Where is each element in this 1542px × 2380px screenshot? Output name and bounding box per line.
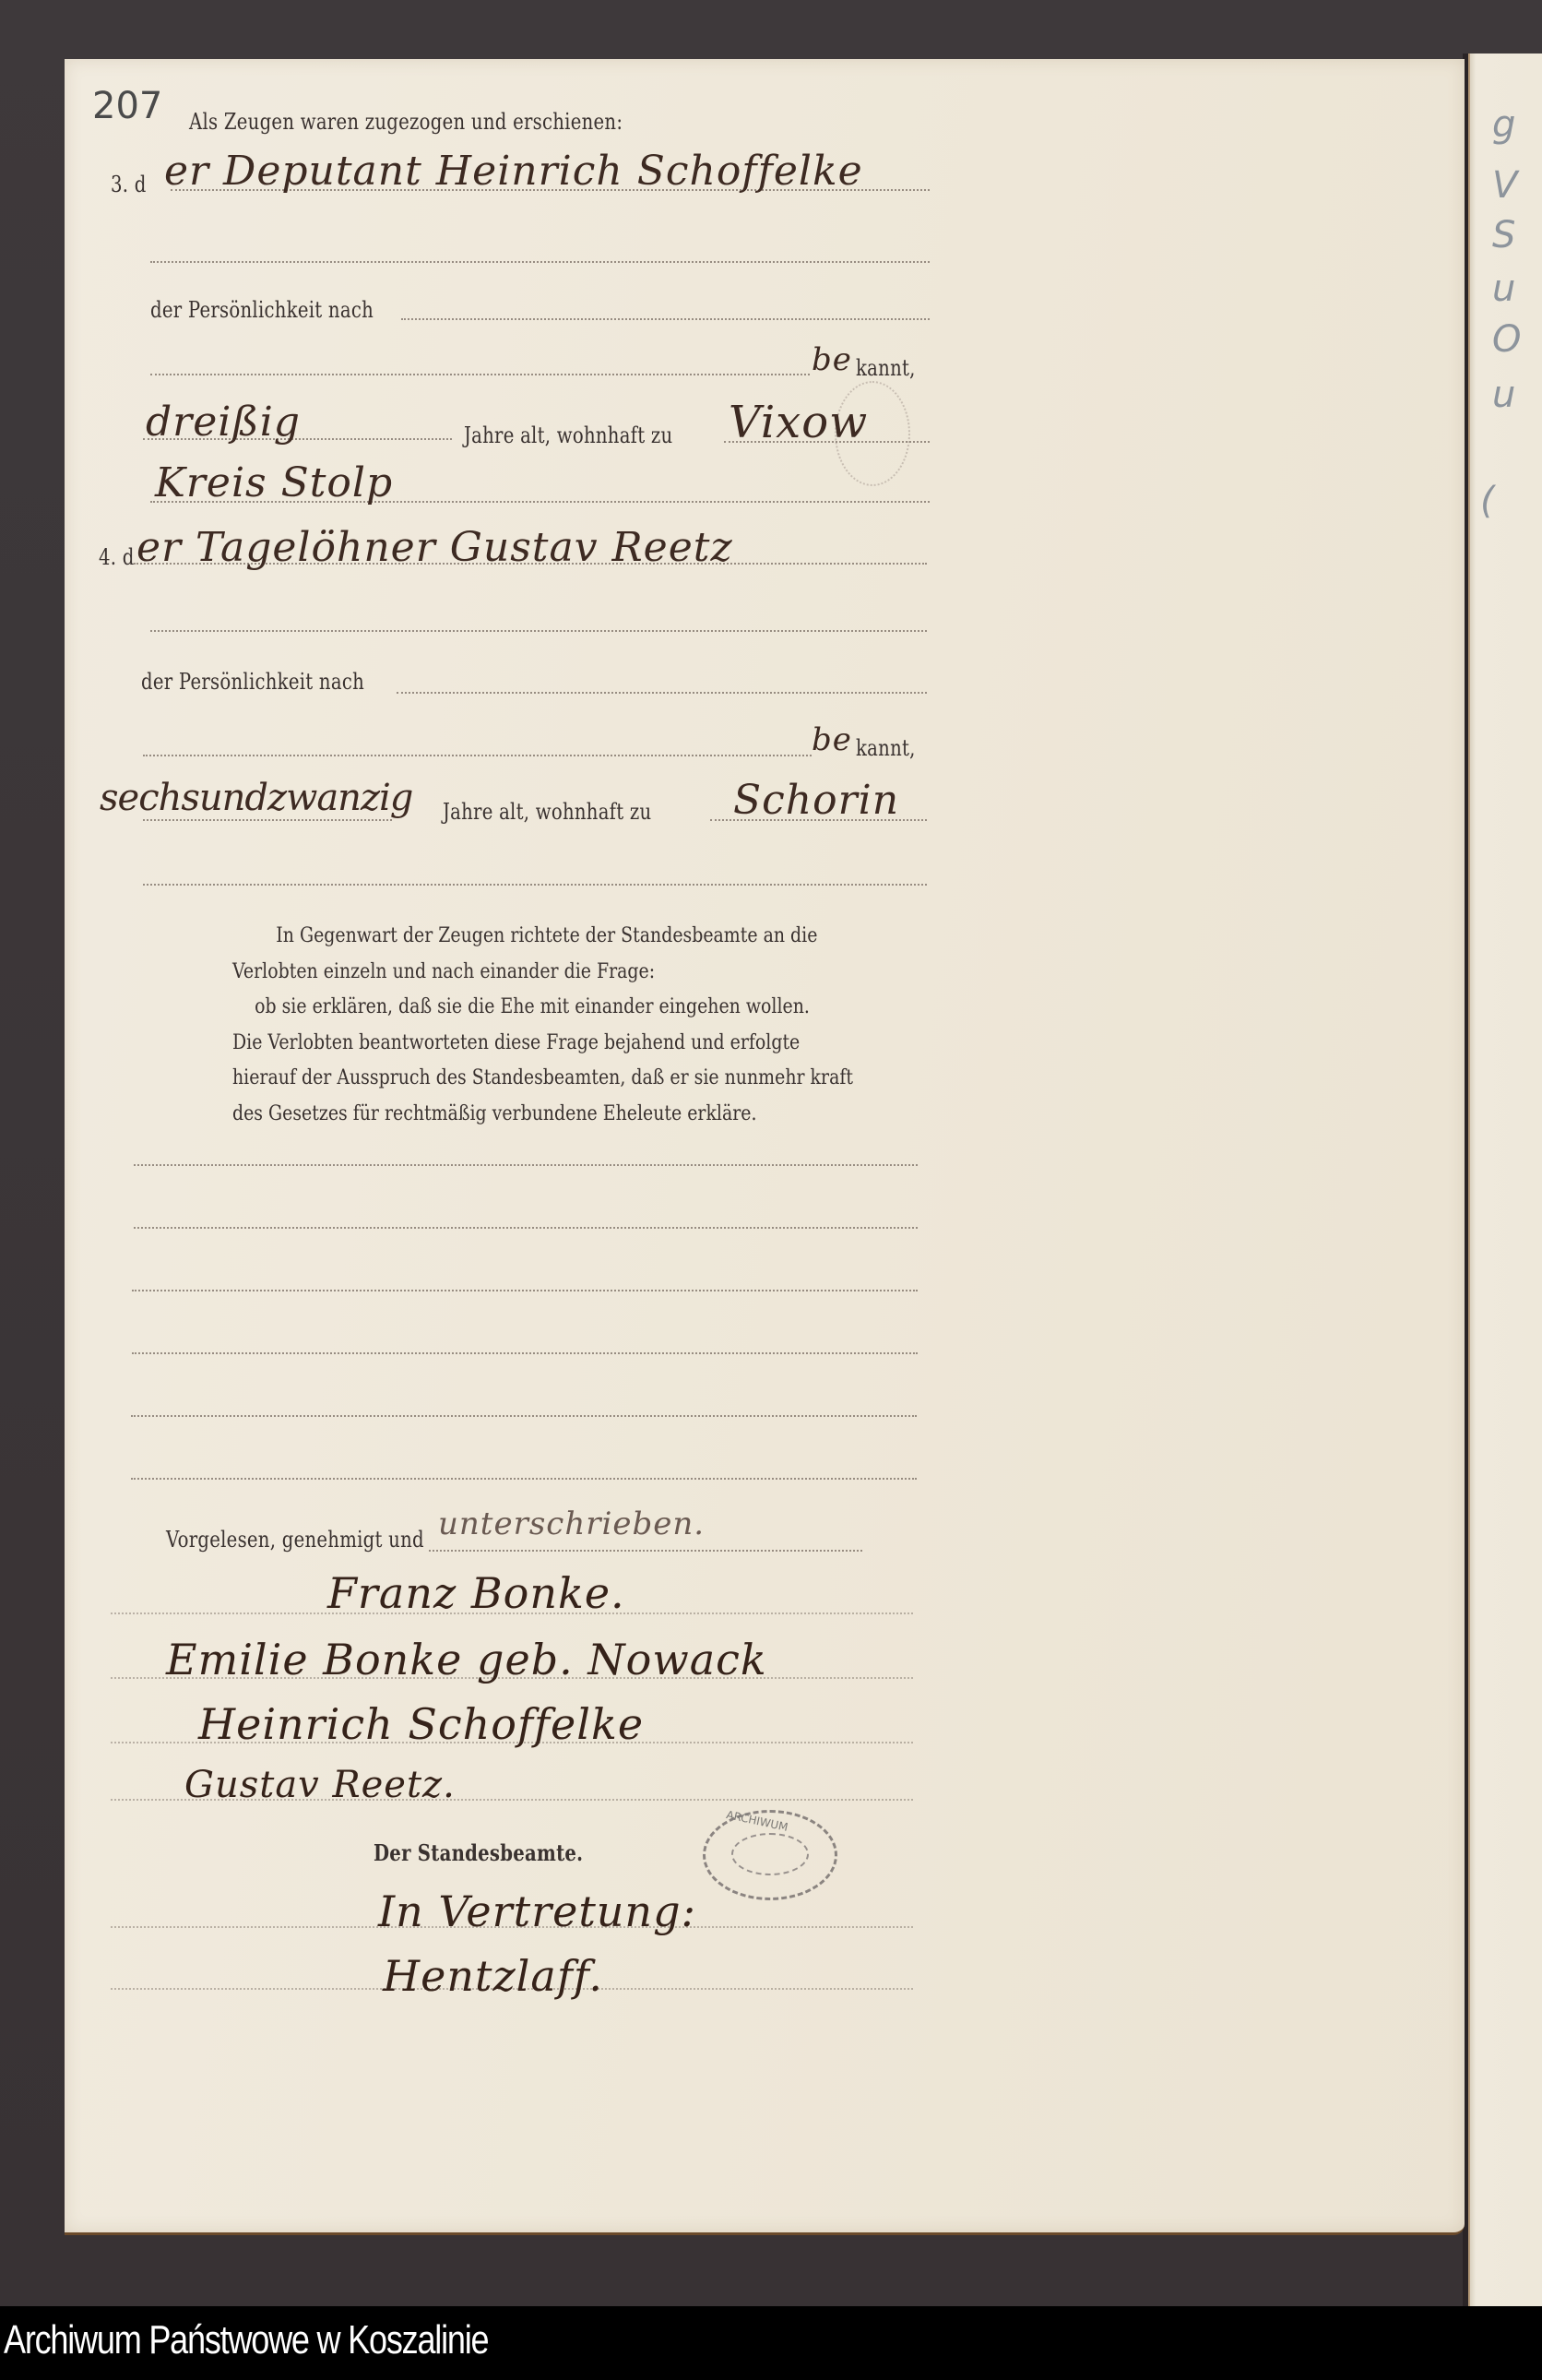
paragraph-line: Verlobten einzeln und nach einander die … <box>232 955 829 991</box>
witness-4-handwriting: er Tagelöhner Gustav Reetz <box>136 524 733 571</box>
closing-label: Vorgelesen, genehmigt und <box>166 1527 424 1553</box>
blank-line <box>150 630 927 632</box>
blank-line <box>131 1415 917 1417</box>
witness-4-known-print: kannt, <box>856 735 916 761</box>
witness-3-district: Kreis Stolp <box>155 459 393 506</box>
paragraph-line: ob sie erklären, daß sie die Ehe mit ein… <box>232 990 829 1026</box>
blank-line <box>150 374 810 375</box>
witness-4-number: 4. d <box>99 544 135 570</box>
closing-handwriting: unterschrieben. <box>438 1505 705 1542</box>
folio-number: 207 <box>92 85 162 127</box>
blank-line <box>134 1164 918 1166</box>
witness-3-residence: Vixow <box>729 397 868 448</box>
personality-line <box>397 692 927 694</box>
witness-4-age: sechsundzwanzig <box>100 777 412 819</box>
signature-bride: Emilie Bonke geb. Nowack <box>166 1635 767 1684</box>
registrar-signature: Hentzlaff. <box>383 1951 603 2001</box>
witness-4-personality-label: der Persönlichkeit nach <box>141 669 364 695</box>
paragraph-line: des Gesetzes für rechtmäßig verbundene E… <box>232 1097 829 1133</box>
blank-line <box>134 1227 918 1229</box>
blank-line <box>143 884 927 886</box>
registrar-title: Der Standesbeamte. <box>374 1839 583 1866</box>
archive-caption: Archiwum Państwowe w Koszalinie <box>4 2317 488 2363</box>
blank-line <box>143 755 812 756</box>
blank-line <box>150 261 930 263</box>
archive-stamp-inner-ring <box>731 1833 809 1875</box>
witness-3-age-label: Jahre alt, wohnhaft zu <box>464 422 672 448</box>
next-page-pencil-mark: u <box>1492 374 1515 416</box>
witness-3-number: 3. d <box>111 172 147 197</box>
closing-line <box>429 1550 862 1552</box>
paragraph-line: hierauf der Ausspruch des Standesbeamten… <box>232 1061 829 1097</box>
paragraph-line: Die Verlobten beantworteten diese Frage … <box>232 1026 829 1062</box>
blank-line <box>131 1478 917 1480</box>
signature-witness-4: Gustav Reetz. <box>184 1764 456 1806</box>
registrar-deputy: In Vertretung: <box>378 1886 696 1936</box>
witness-3-personality-label: der Persönlichkeit nach <box>150 297 374 323</box>
next-page-pencil-mark: u <box>1492 268 1515 310</box>
declaration-paragraph: In Gegenwart der Zeugen richtete der Sta… <box>232 919 926 1132</box>
witness-4-age-label: Jahre alt, wohnhaft zu <box>443 799 651 825</box>
witness-3-handwriting: er Deputant Heinrich Schoffelke <box>164 148 863 195</box>
next-page-pencil-mark: S <box>1492 214 1515 256</box>
witness-3-known-hand: be <box>812 341 852 378</box>
signature-witness-3: Heinrich Schoffelke <box>198 1699 644 1749</box>
next-page-pencil-mark: g <box>1492 103 1515 146</box>
personality-line <box>401 318 930 320</box>
next-page-pencil-mark: ( <box>1480 480 1495 522</box>
witness-3-age: dreißig <box>146 399 301 446</box>
blank-line <box>132 1352 918 1354</box>
witness-4-known-hand: be <box>812 721 852 758</box>
age-line <box>143 819 392 821</box>
witness-4-residence: Schorin <box>733 777 899 824</box>
paragraph-line: In Gegenwart der Zeugen richtete der Sta… <box>232 919 829 955</box>
archive-stamp-text: ARCHIWUM <box>725 1808 789 1834</box>
signature-groom: Franz Bonke. <box>327 1568 625 1618</box>
archive-footer: Archiwum Państwowe w Koszalinie <box>0 2306 1542 2380</box>
archive-stamp: ARCHIWUM <box>703 1810 837 1900</box>
witnesses-header: Als Zeugen waren zugezogen und erschiene… <box>189 109 623 135</box>
next-page-pencil-mark: O <box>1492 318 1521 361</box>
document-page <box>65 59 1465 2235</box>
next-page-pencil-mark: V <box>1492 164 1517 207</box>
blank-line <box>132 1290 918 1291</box>
witness-3-known-print: kannt, <box>856 355 916 381</box>
